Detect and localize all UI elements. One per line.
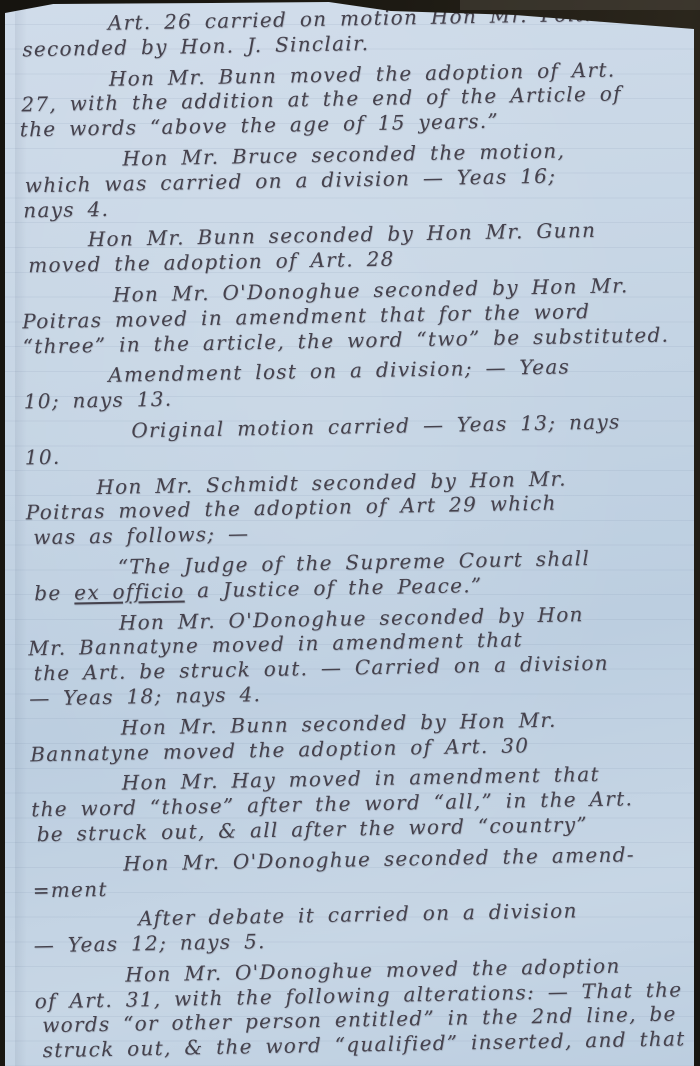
- manuscript-text: Art. 26 carried on motion Hon Mr. Poitra…: [12, 0, 694, 1063]
- manuscript-line-segment: be: [34, 580, 74, 605]
- backdrop-object: [460, 0, 700, 10]
- manuscript-page: Art. 26 carried on motion Hon Mr. Poitra…: [5, 0, 694, 1066]
- manuscript-line-segment: a Justice of the Peace.”: [184, 573, 482, 602]
- underlined-phrase: ex officio: [74, 578, 185, 604]
- photo-background: Art. 26 carried on motion Hon Mr. Poitra…: [0, 0, 700, 1066]
